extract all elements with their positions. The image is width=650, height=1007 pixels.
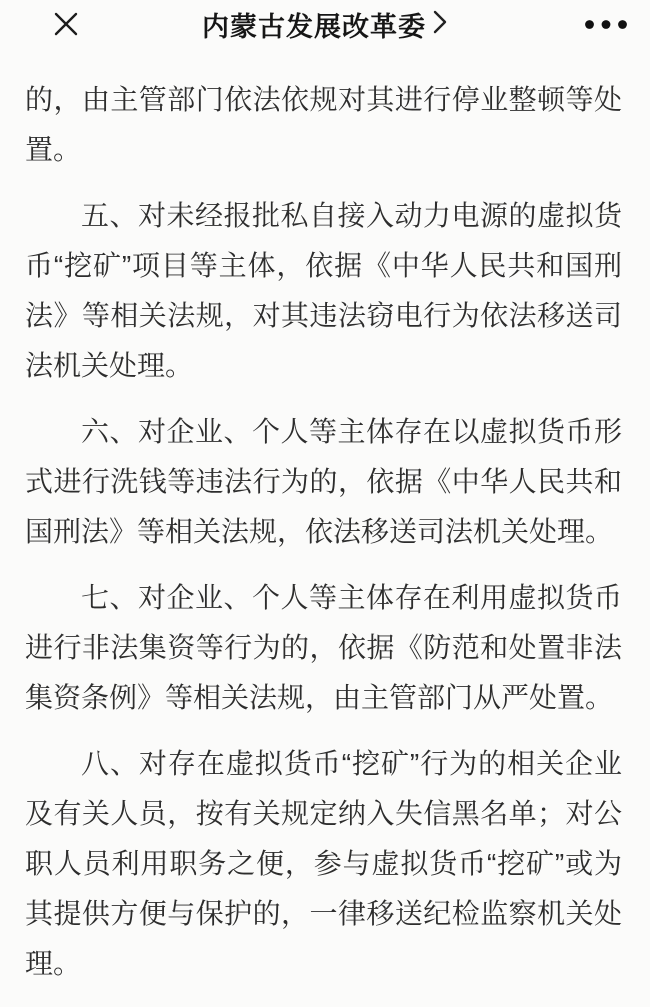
paragraph-continuation: 的，由主管部门依法依规对其进行停业整顿等处置。 (25, 75, 622, 175)
account-name: 内蒙古发展改革委 (202, 5, 426, 44)
article-body: 的，由主管部门依法依规对其进行停业整顿等处置。 五、对未经报批私自接入动力电源的… (0, 48, 650, 989)
chevron-right-icon (433, 9, 448, 40)
header-bar: 内蒙古发展改革委 (0, 0, 650, 48)
account-title-link[interactable]: 内蒙古发展改革委 (202, 0, 448, 48)
more-icon (584, 18, 628, 33)
wechat-article-screen: 内蒙古发展改革委 的，由主管部门依法依规对其进行停业整顿等处置。 五、对未经报批… (0, 0, 650, 1007)
close-button[interactable] (52, 10, 80, 38)
close-icon (52, 26, 80, 41)
paragraph-item-5: 五、对未经报批私自接入动力电源的虚拟货币“挖矿”项目等主体，依据《中华人民共和国… (25, 191, 622, 391)
paragraph-item-7: 七、对企业、个人等主体存在利用虚拟货币进行非法集资等行为的，依据《防范和处置非法… (25, 573, 622, 723)
more-button[interactable] (584, 19, 628, 30)
paragraph-item-8: 八、对存在虚拟货币“挖矿”行为的相关企业及有关人员，按有关规定纳入失信黑名单；对… (25, 739, 622, 989)
paragraph-item-6: 六、对企业、个人等主体存在以虚拟货币形式进行洗钱等违法行为的，依据《中华人民共和… (25, 407, 622, 557)
